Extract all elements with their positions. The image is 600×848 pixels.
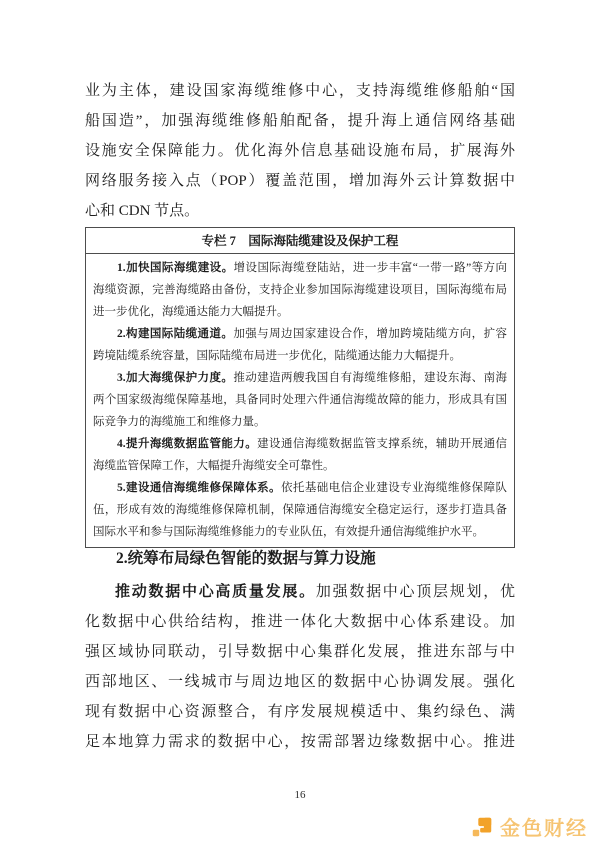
- text-line: 推动数据中心高质量发展。加强数据中心顶层规划，优: [85, 577, 515, 607]
- text-line: 心和 CDN 节点。: [85, 196, 515, 226]
- text-line: 西部地区、一线城市与周边地区的数据中心协调发展。强化: [85, 667, 515, 697]
- text-line: 船国造”，加强海缆维修船舶配备，提升海上通信网络基础: [85, 106, 515, 136]
- text-line: 足本地算力需求的数据中心，按需部署边缘数据中心。推进: [85, 727, 515, 757]
- text-line: 海缆资源，完善海缆路由备份，支持企业参加国际海缆建设项目，国际海缆布局: [93, 279, 507, 301]
- text-line: 2.构建国际陆缆通道。加强与周边国家建设合作，增加跨境陆缆方向，扩容: [93, 323, 507, 345]
- box-body: 1.加快国际海缆建设。增设国际海缆登陆站，进一步丰富“一带一路”等方向 海缆资源…: [86, 254, 514, 547]
- text-line: 际竞争力的海缆施工和维修力量。: [93, 411, 507, 433]
- document-page: { "intro_paragraph": { "lines": [ "业为主体，…: [0, 0, 600, 848]
- text-line: 进一步优化，海缆通达能力大幅提升。: [93, 301, 507, 323]
- box-item: 2.构建国际陆缆通道。加强与周边国家建设合作，增加跨境陆缆方向，扩容 跨境陆缆系…: [93, 323, 507, 367]
- text-line: 4.提升海缆数据监管能力。建设通信海缆数据监管支撑系统，辅助开展通信: [93, 433, 507, 455]
- text-line: 两个国家级海缆保障基地，具备同时处理六件通信海缆故障的能力，形成具有国: [93, 389, 507, 411]
- item-lead: 2.构建国际陆缆通道。: [117, 328, 233, 340]
- text-line: 跨境陆缆系统容量，国际陆缆布局进一步优化，陆缆通达能力大幅提升。: [93, 345, 507, 367]
- watermark: 金色财经: [470, 812, 588, 841]
- box-item: 3.加大海缆保护力度。推动建造两艘我国自有海缆维修船，建设东海、南海 两个国家级…: [93, 367, 507, 433]
- text-line: 1.加快国际海缆建设。增设国际海缆登陆站，进一步丰富“一带一路”等方向: [93, 257, 507, 279]
- intro-paragraph: 业为主体，建设国家海缆维修中心，支持海缆维修船舶“国 船国造”，加强海缆维修船舶…: [85, 76, 515, 226]
- text-line: 网络服务接入点（POP）覆盖范围，增加海外云计算数据中: [85, 166, 515, 196]
- box-title: 专栏 7 国际海陆缆建设及保护工程: [86, 228, 514, 254]
- item-lead: 5.建设通信海缆维修保障体系。: [117, 482, 281, 494]
- text-line: 5.建设通信海缆维修保障体系。依托基础电信企业建设专业海缆维修保障队: [93, 477, 507, 499]
- item-lead: 3.加大海缆保护力度。: [117, 372, 233, 384]
- item-lead: 4.提升海缆数据监管能力。: [117, 438, 257, 450]
- text-line: 国际水平和参与国际海缆维修能力的专业队伍，有效提升通信海缆维护水平。: [93, 521, 507, 543]
- column-box: 专栏 7 国际海陆缆建设及保护工程 1.加快国际海缆建设。增设国际海缆登陆站，进…: [85, 227, 515, 548]
- section-heading: 2.统筹布局绿色智能的数据与算力设施: [85, 547, 515, 571]
- box-item: 4.提升海缆数据监管能力。建设通信海缆数据监管支撑系统，辅助开展通信 海缆监管保…: [93, 433, 507, 477]
- text-line: 伍，形成有效的海缆维修保障机制，保障通信海缆安全稳定运行，逐步打造具备: [93, 499, 507, 521]
- box-item: 1.加快国际海缆建设。增设国际海缆登陆站，进一步丰富“一带一路”等方向 海缆资源…: [93, 257, 507, 323]
- jinse-logo-icon: [470, 815, 494, 839]
- text-line: 业为主体，建设国家海缆维修中心，支持海缆维修船舶“国: [85, 76, 515, 106]
- text-line: 强区域协同联动，引导数据中心集群化发展，推进东部与中: [85, 637, 515, 667]
- watermark-text: 金色财经: [500, 812, 588, 841]
- text-line: 海缆监管保障工作，大幅提升海缆安全可靠性。: [93, 455, 507, 477]
- item-lead: 1.加快国际海缆建设。: [117, 262, 234, 274]
- page-number: 16: [0, 789, 600, 801]
- box-item: 5.建设通信海缆维修保障体系。依托基础电信企业建设专业海缆维修保障队 伍，形成有…: [93, 477, 507, 543]
- text-line: 现有数据中心资源整合，有序发展规模适中、集约绿色、满: [85, 697, 515, 727]
- text-line: 设施安全保障能力。优化海外信息基础设施布局，扩展海外: [85, 136, 515, 166]
- text-line: 化数据中心供给结构，推进一体化大数据中心体系建设。加: [85, 607, 515, 637]
- text-line: 3.加大海缆保护力度。推动建造两艘我国自有海缆维修船，建设东海、南海: [93, 367, 507, 389]
- body-paragraph: 推动数据中心高质量发展。加强数据中心顶层规划，优 化数据中心供给结构，推进一体化…: [85, 577, 515, 757]
- paragraph-lead: 推动数据中心高质量发展。: [115, 584, 316, 600]
